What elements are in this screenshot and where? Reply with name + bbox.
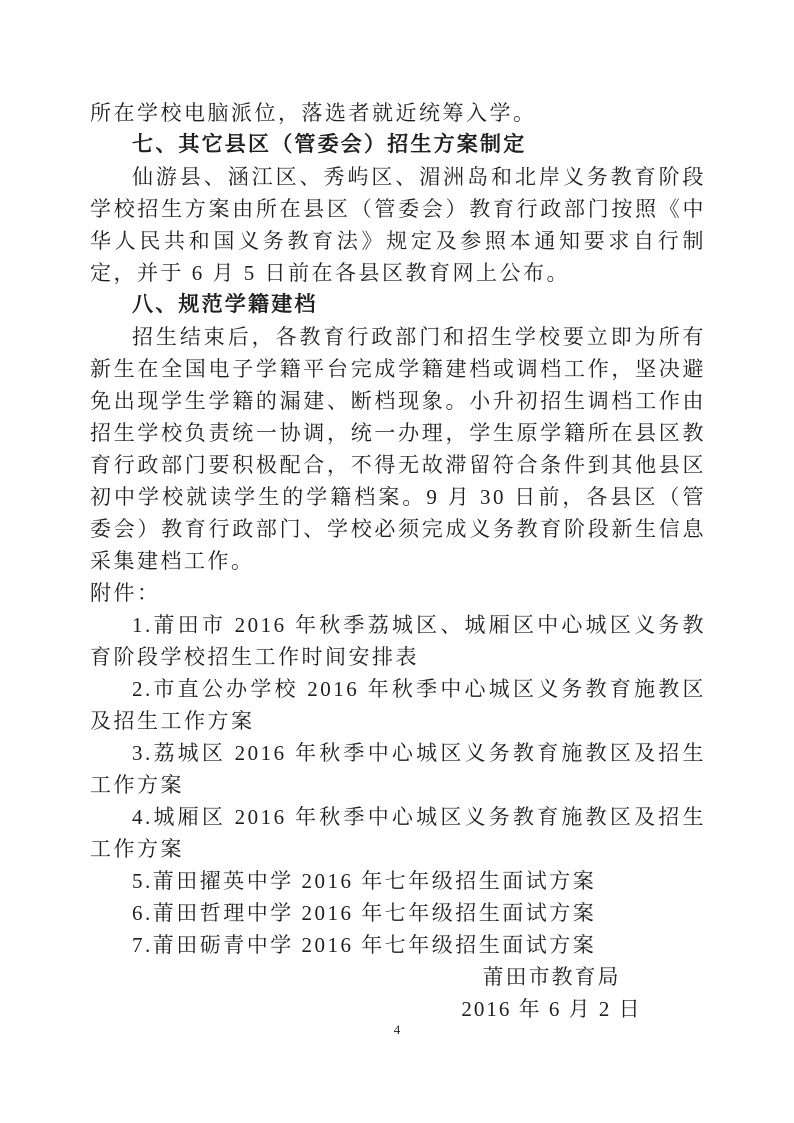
body-paragraph: 招生结束后，各教育行政部门和招生学校要立即为所有新生在全国电子学籍平台完成学籍建… <box>90 321 706 577</box>
signature-organization: 莆田市教育局 <box>364 961 739 993</box>
signature-block: 莆田市教育局 2016 年 6 月 2 日 <box>364 961 739 1025</box>
body-paragraph: 所在学校电脑派位，落选者就近统筹入学。 <box>90 97 706 129</box>
body-paragraph: 附件： <box>90 577 706 609</box>
signature-date: 2016 年 6 月 2 日 <box>364 993 739 1025</box>
section-heading: 八、规范学籍建档 <box>90 289 706 321</box>
body-paragraph: 5.莆田擢英中学 2016 年七年级招生面试方案 <box>90 865 706 897</box>
document-body: 所在学校电脑派位，落选者就近统筹入学。七、其它县区（管委会）招生方案制定仙游县、… <box>90 97 706 961</box>
body-paragraph: 1.莆田市 2016 年秋季荔城区、城厢区中心城区义务教育阶段学校招生工作时间安… <box>90 609 706 673</box>
body-paragraph: 6.莆田哲理中学 2016 年七年级招生面试方案 <box>90 897 706 929</box>
section-heading: 七、其它县区（管委会）招生方案制定 <box>90 129 706 161</box>
body-paragraph: 3.荔城区 2016 年秋季中心城区义务教育施教区及招生工作方案 <box>90 737 706 801</box>
page-number: 4 <box>0 1022 794 1038</box>
document-page: 所在学校电脑派位，落选者就近统筹入学。七、其它县区（管委会）招生方案制定仙游县、… <box>0 0 794 1123</box>
body-paragraph: 4.城厢区 2016 年秋季中心城区义务教育施教区及招生工作方案 <box>90 801 706 865</box>
body-paragraph: 2.市直公办学校 2016 年秋季中心城区义务教育施教区及招生工作方案 <box>90 673 706 737</box>
body-paragraph: 7.莆田砺青中学 2016 年七年级招生面试方案 <box>90 929 706 961</box>
body-paragraph: 仙游县、涵江区、秀屿区、湄洲岛和北岸义务教育阶段学校招生方案由所在县区（管委会）… <box>90 161 706 289</box>
